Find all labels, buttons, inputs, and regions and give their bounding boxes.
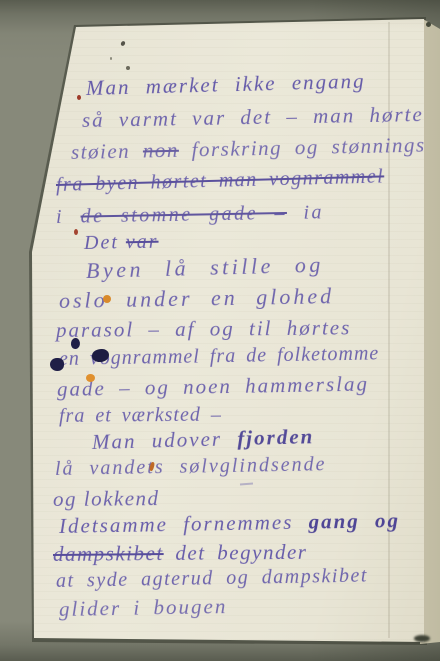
text-segment: støien	[71, 138, 143, 164]
text-segment: ia	[287, 201, 324, 224]
text-segment: Man udover	[92, 426, 238, 454]
text-segment: så varmt var det – man hørte	[82, 102, 424, 132]
handwritten-line: parasol – af og til hørtes	[56, 315, 351, 343]
text-segment: at syde agterud og dampskibet	[56, 565, 368, 592]
struck-text-segment: var	[126, 231, 159, 254]
handwritten-line: og lokkend	[53, 486, 160, 512]
text-segment: det begynder	[164, 540, 308, 565]
text-segment: Det	[84, 231, 126, 254]
handwritten-line-struck: dampskibet det begynder	[53, 540, 308, 567]
page-edge-notch	[426, 22, 431, 27]
text-segment: fjorden	[237, 424, 315, 450]
manuscript-photo: Man mærket ikke engang så varmt var det …	[0, 0, 440, 661]
text-segment: gade – og noen hammerslag	[57, 372, 369, 401]
red-edge-fleck	[77, 95, 81, 100]
text-segment: lå vandets sølvglindsende	[55, 453, 327, 480]
text-segment: Idetsamme fornemmes	[59, 510, 309, 538]
text-segment: oslo under en glohed	[59, 283, 335, 313]
text-segment: og lokkend	[53, 486, 160, 511]
handwritten-line: lå vandets sølvglindsende	[55, 453, 327, 481]
orange-ink-dot	[103, 295, 111, 303]
paper-speck	[110, 57, 112, 60]
mount-smudge	[414, 635, 430, 642]
text-segment: parasol – af og til hørtes	[56, 315, 351, 342]
text-segment: glider i bougen	[59, 594, 228, 621]
dark-ink-blot	[50, 358, 64, 371]
text-segment: fra et værksted –	[59, 404, 222, 427]
handwritten-line: oslo under en glohed	[59, 283, 335, 314]
red-edge-fleck	[74, 229, 78, 235]
handwritten-line: Det var	[84, 231, 159, 255]
text-segment: i	[56, 206, 81, 228]
struck-text-segment: de stomne gade –	[80, 202, 287, 228]
struck-text-segment: dampskibet	[53, 541, 164, 566]
text-segment: Byen lå stille og	[86, 252, 324, 283]
handwritten-line: fra et værksted –	[59, 404, 222, 428]
struck-text-segment: non	[143, 138, 179, 163]
orange-ink-dot	[86, 374, 95, 382]
text-segment: forskring og stønnings	[179, 133, 426, 162]
text-segment: gang og	[308, 508, 400, 534]
paper-speck	[126, 66, 130, 70]
handwritten-line-struck: i de stomne gade – ia	[56, 201, 324, 229]
handwritten-line: glider i bougen	[59, 594, 228, 622]
